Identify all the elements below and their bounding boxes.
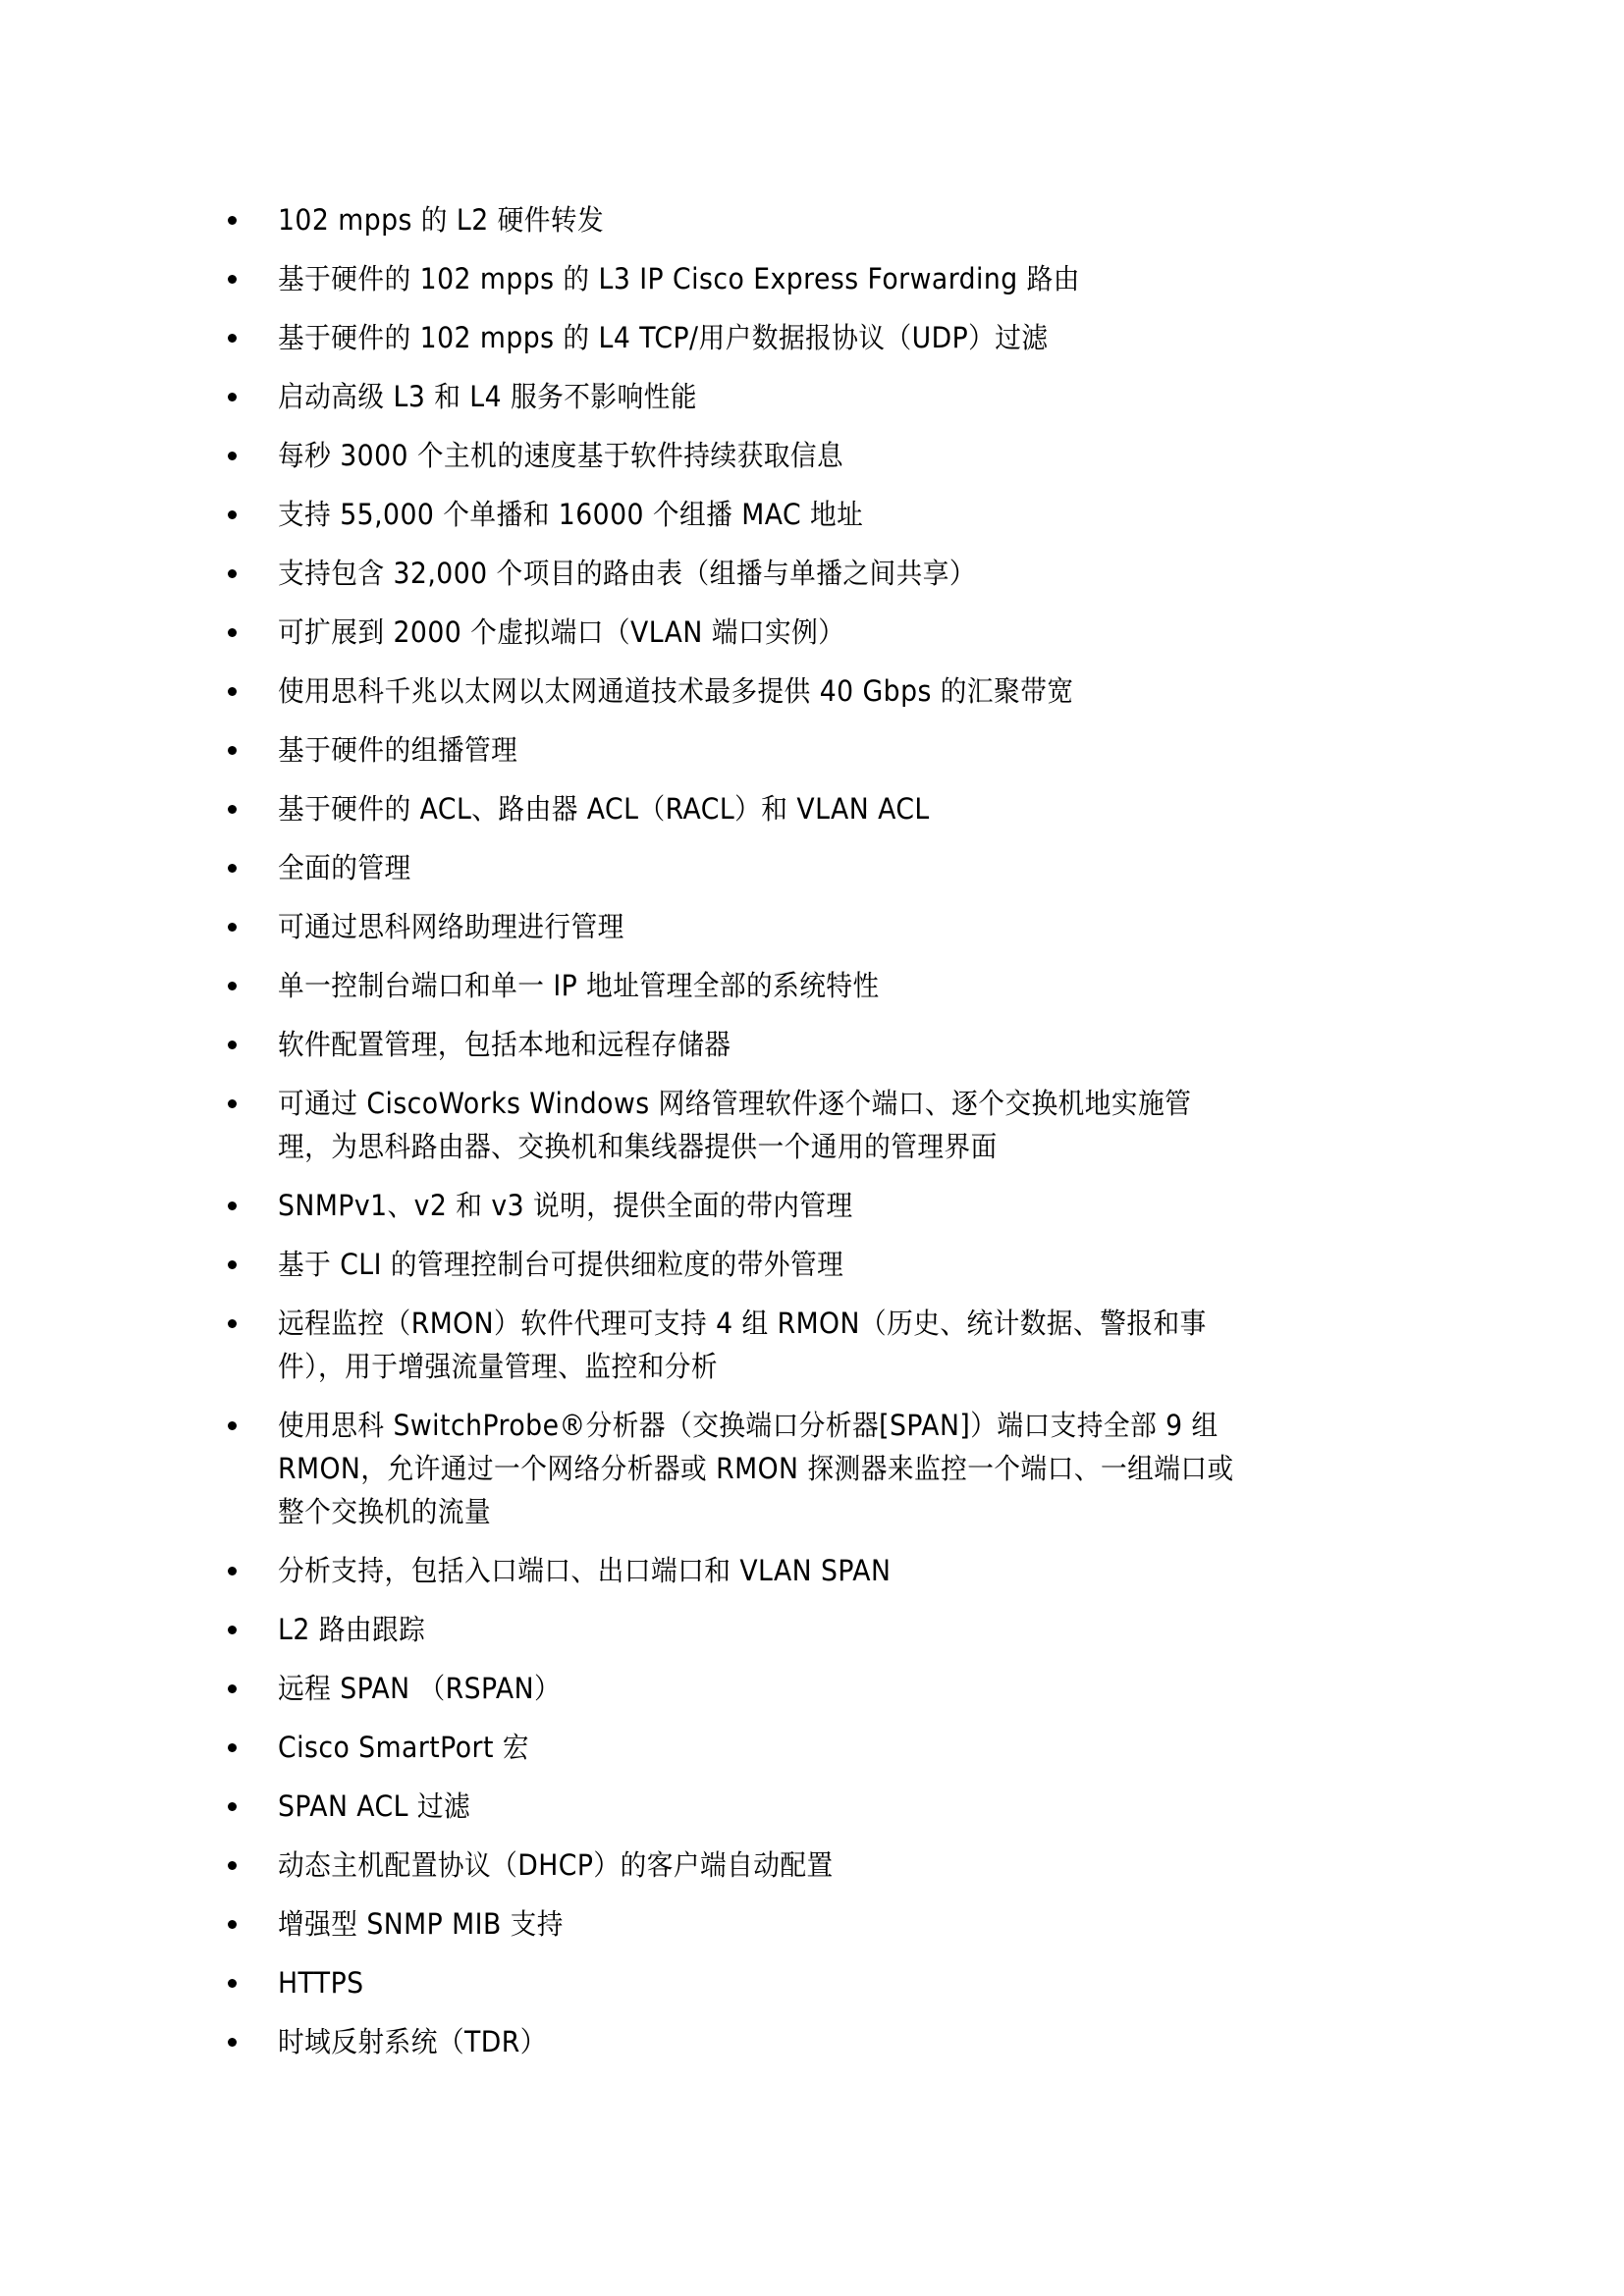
list-item: 基于 CLI 的管理控制台可提供细粒度的带外管理 [224, 1243, 1392, 1286]
bullet-icon [224, 1549, 278, 1592]
list-item-text: 支持包含 32,000 个项目的路由表（组播与单播之间共享） [278, 552, 1303, 595]
list-item-text: 使用思科 SwitchProbe®分析器（交换端口分析器[SPAN]）端口支持全… [278, 1404, 1303, 1533]
list-item: 远程监控（RMON）软件代理可支持 4 组 RMON（历史、统计数据、警报和事 … [224, 1302, 1392, 1388]
list-item-text: 可通过 CiscoWorks Windows 网络管理软件逐个端口、逐个交换机地… [278, 1082, 1303, 1168]
bullet-icon [224, 198, 278, 241]
bullet-icon [224, 493, 278, 536]
list-item-text: 远程监控（RMON）软件代理可支持 4 组 RMON（历史、统计数据、警报和事 … [278, 1302, 1303, 1388]
list-item-text: L2 路由跟踪 [278, 1608, 1303, 1651]
list-item: 可通过 CiscoWorks Windows 网络管理软件逐个端口、逐个交换机地… [224, 1082, 1392, 1168]
bullet-icon [224, 1082, 278, 1125]
list-item-text: 102 mpps 的 L2 硬件转发 [278, 198, 1303, 241]
list-item-text: HTTPS [278, 1961, 1303, 2004]
bullet-icon [224, 669, 278, 713]
list-item-text: 支持 55,000 个单播和 16000 个组播 MAC 地址 [278, 493, 1303, 536]
list-item-text: 远程 SPAN （RSPAN） [278, 1667, 1303, 1710]
list-item: 基于硬件的 ACL、路由器 ACL（RACL）和 VLAN ACL [224, 787, 1392, 830]
bullet-icon [224, 316, 278, 359]
list-item: 使用思科 SwitchProbe®分析器（交换端口分析器[SPAN]）端口支持全… [224, 1404, 1392, 1533]
list-item-text: 可扩展到 2000 个虚拟端口（VLAN 端口实例） [278, 611, 1303, 654]
list-item: SPAN ACL 过滤 [224, 1785, 1392, 1828]
bullet-icon [224, 1243, 278, 1286]
document-page: 102 mpps 的 L2 硬件转发 基于硬件的 102 mpps 的 L3 I… [0, 0, 1624, 2296]
bullet-icon [224, 611, 278, 654]
list-item: 基于硬件的 102 mpps 的 L4 TCP/用户数据报协议（UDP）过滤 [224, 316, 1392, 359]
list-item-text: 基于硬件的 102 mpps 的 L3 IP Cisco Express For… [278, 257, 1303, 300]
bullet-icon [224, 375, 278, 418]
list-item: 远程 SPAN （RSPAN） [224, 1667, 1392, 1710]
list-item: 分析支持，包括入口端口、出口端口和 VLAN SPAN [224, 1549, 1392, 1592]
bullet-icon [224, 1302, 278, 1345]
bullet-icon [224, 1902, 278, 1946]
bullet-icon [224, 1184, 278, 1227]
list-item-text: Cisco SmartPort 宏 [278, 1726, 1303, 1769]
list-item: 基于硬件的 102 mpps 的 L3 IP Cisco Express For… [224, 257, 1392, 300]
list-item: 启动高级 L3 和 L4 服务不影响性能 [224, 375, 1392, 418]
list-item-text: 使用思科千兆以太网以太网通道技术最多提供 40 Gbps 的汇聚带宽 [278, 669, 1303, 713]
list-item-text: 启动高级 L3 和 L4 服务不影响性能 [278, 375, 1303, 418]
list-item: 增强型 SNMP MIB 支持 [224, 1902, 1392, 1946]
list-item: 可通过思科网络助理进行管理 [224, 905, 1392, 948]
bullet-icon [224, 1023, 278, 1066]
bullet-icon [224, 1726, 278, 1769]
list-item: 单一控制台端口和单一 IP 地址管理全部的系统特性 [224, 964, 1392, 1007]
list-item-text: 基于硬件的 102 mpps 的 L4 TCP/用户数据报协议（UDP）过滤 [278, 316, 1303, 359]
list-item: 102 mpps 的 L2 硬件转发 [224, 198, 1392, 241]
list-item: 基于硬件的组播管理 [224, 728, 1392, 772]
list-item: 软件配置管理，包括本地和远程存储器 [224, 1023, 1392, 1066]
feature-bullet-list: 102 mpps 的 L2 硬件转发 基于硬件的 102 mpps 的 L3 I… [224, 198, 1392, 2079]
list-item-text: 基于硬件的组播管理 [278, 728, 1303, 772]
list-item-text: 每秒 3000 个主机的速度基于软件持续获取信息 [278, 434, 1303, 477]
bullet-icon [224, 2020, 278, 2063]
list-item: 全面的管理 [224, 846, 1392, 889]
list-item: HTTPS [224, 1961, 1392, 2004]
list-item: 使用思科千兆以太网以太网通道技术最多提供 40 Gbps 的汇聚带宽 [224, 669, 1392, 713]
bullet-icon [224, 1785, 278, 1828]
list-item-text: 动态主机配置协议（DHCP）的客户端自动配置 [278, 1843, 1303, 1887]
list-item: L2 路由跟踪 [224, 1608, 1392, 1651]
list-item-text: 全面的管理 [278, 846, 1303, 889]
list-item-text: 基于硬件的 ACL、路由器 ACL（RACL）和 VLAN ACL [278, 787, 1303, 830]
list-item: SNMPv1、v2 和 v3 说明，提供全面的带内管理 [224, 1184, 1392, 1227]
list-item-text: 分析支持，包括入口端口、出口端口和 VLAN SPAN [278, 1549, 1303, 1592]
list-item: 支持 55,000 个单播和 16000 个组播 MAC 地址 [224, 493, 1392, 536]
list-item: 可扩展到 2000 个虚拟端口（VLAN 端口实例） [224, 611, 1392, 654]
bullet-icon [224, 1843, 278, 1887]
list-item-text: 软件配置管理，包括本地和远程存储器 [278, 1023, 1303, 1066]
bullet-icon [224, 434, 278, 477]
bullet-icon [224, 846, 278, 889]
bullet-icon [224, 1608, 278, 1651]
list-item: Cisco SmartPort 宏 [224, 1726, 1392, 1769]
list-item-text: SNMPv1、v2 和 v3 说明，提供全面的带内管理 [278, 1184, 1303, 1227]
bullet-icon [224, 1961, 278, 2004]
list-item: 动态主机配置协议（DHCP）的客户端自动配置 [224, 1843, 1392, 1887]
bullet-icon [224, 728, 278, 772]
list-item: 支持包含 32,000 个项目的路由表（组播与单播之间共享） [224, 552, 1392, 595]
list-item-text: 时域反射系统（TDR） [278, 2020, 1303, 2063]
list-item-text: SPAN ACL 过滤 [278, 1785, 1303, 1828]
bullet-icon [224, 964, 278, 1007]
bullet-icon [224, 905, 278, 948]
list-item: 时域反射系统（TDR） [224, 2020, 1392, 2063]
list-item-text: 可通过思科网络助理进行管理 [278, 905, 1303, 948]
bullet-icon [224, 552, 278, 595]
bullet-icon [224, 257, 278, 300]
list-item-text: 单一控制台端口和单一 IP 地址管理全部的系统特性 [278, 964, 1303, 1007]
bullet-icon [224, 787, 278, 830]
bullet-icon [224, 1667, 278, 1710]
bullet-icon [224, 1404, 278, 1447]
list-item-text: 基于 CLI 的管理控制台可提供细粒度的带外管理 [278, 1243, 1303, 1286]
list-item: 每秒 3000 个主机的速度基于软件持续获取信息 [224, 434, 1392, 477]
list-item-text: 增强型 SNMP MIB 支持 [278, 1902, 1303, 1946]
